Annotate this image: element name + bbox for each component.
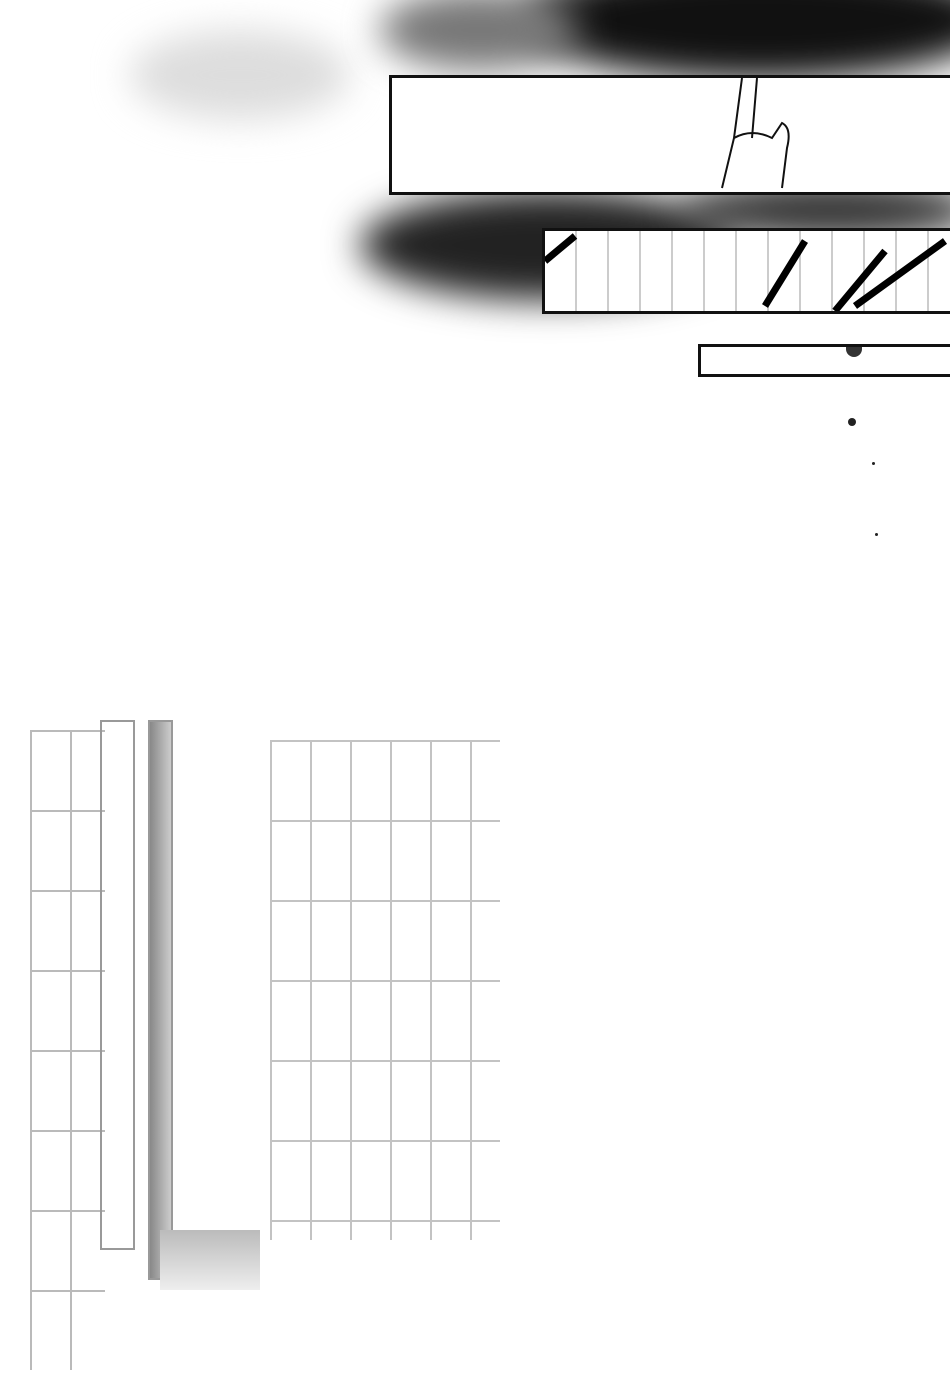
- eye-glimpse: [846, 347, 862, 357]
- debris: [875, 533, 878, 536]
- eye-panel: [698, 344, 950, 377]
- ink-splatter: [545, 231, 950, 311]
- debris: [848, 418, 856, 426]
- hand-illustration: [712, 78, 832, 196]
- hand-panel: [389, 75, 950, 195]
- debris: [872, 462, 875, 465]
- talisman-panel: [542, 228, 950, 314]
